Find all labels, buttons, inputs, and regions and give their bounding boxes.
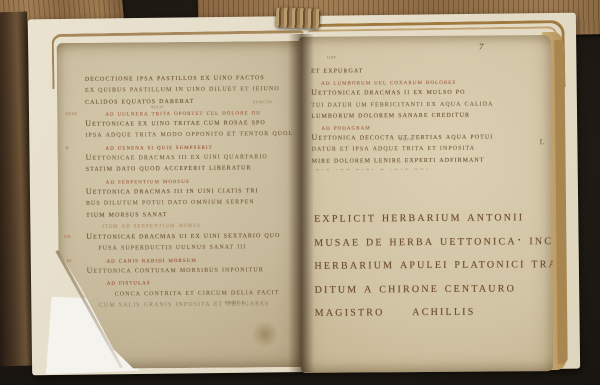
line-text: tium morsus sanat xyxy=(86,209,167,219)
text-line: lumborum dolorem sanare creditur xyxy=(311,108,551,121)
margin-numeral: x xyxy=(65,144,68,153)
line-text: ex quibus pastillum in uino diluet et ie… xyxy=(85,83,280,94)
interlinear-gloss: aqua xyxy=(400,136,414,142)
line-text: calidos equatos dabebat xyxy=(85,95,194,105)
explicit-line: explicit herbarium antonii xyxy=(314,205,553,230)
line-text: mire dolorem lenire experti adfirmant xyxy=(312,154,485,164)
line-text: uettonicae dracmas ii ex mulso po xyxy=(311,87,465,97)
interlinear-gloss: gat xyxy=(327,55,336,61)
line-text: tui datur um febricitanti ex aqua calida xyxy=(311,98,493,108)
right-page-text: et expurgatad lumborum uel coxarum dolor… xyxy=(299,63,552,177)
line-text: ad fistulas xyxy=(107,278,151,287)
explicit-line: herbarium apulei platonici tra xyxy=(314,252,553,277)
line-text: uettonicae ex uino tritae cum rosae spo xyxy=(85,117,266,128)
interlinear-gloss: suco xyxy=(151,104,164,110)
text-line: et expurgat xyxy=(311,63,551,76)
marginal-gloss: fistula xyxy=(225,299,245,305)
explicit-line: ditum a chirone centauro xyxy=(315,276,554,301)
line-text: uettonicae dracmas ui ex uini sextario q… xyxy=(86,230,280,241)
line-text: ipsa adque trita modo opponito et tentor… xyxy=(85,129,293,140)
line-text: uettonica contusam morsibus inponitur xyxy=(87,264,264,275)
explicit-line: magistro achillis xyxy=(315,299,553,324)
parchment-stain xyxy=(251,321,279,347)
text-line: uettonica contusam morsibus inponitur xyxy=(87,263,305,276)
margin-numeral: xuiii xyxy=(65,110,77,119)
line-text: ad serpentium morsus xyxy=(106,176,190,186)
text-line: ~·~ ·~~ ~·~· ~ ·~·~ ~~· xyxy=(316,164,552,177)
line-text: ad podagram xyxy=(321,122,370,131)
text-line: statim dato quod acceperit liberatur xyxy=(86,161,304,174)
right-page: 7 et expurgatad lumborum uel coxarum dol… xyxy=(299,35,553,373)
line-text: uettonicae dracmas iii ex uini quartario xyxy=(86,151,268,162)
folio-number: 7 xyxy=(479,42,484,52)
line-text: decoctione ipsa pastillos ex uino factos xyxy=(85,72,265,83)
line-text: uettonica dracmas iii in uini ciatis tri xyxy=(86,185,259,196)
margin-numeral: iii xyxy=(66,257,71,266)
text-line: cum salis granis inposita et obligares xyxy=(99,297,305,310)
explicit-incipit-block: explicit herbarium antoniimusae de herba… xyxy=(314,205,553,324)
line-text: statim dato quod acceperit liberatur xyxy=(86,163,252,173)
line-text: datur et ipsa adque trita et inposita xyxy=(312,143,476,153)
explicit-line: musae de herba uettonica· inc xyxy=(314,229,553,254)
line-text: bus dilutum potui dato omnium serpen xyxy=(86,197,255,207)
line-text: item ad serpentium morsu xyxy=(102,220,202,230)
line-text: conca contrita et circum delia facit xyxy=(115,287,280,297)
line-text: ~·~ ·~~ ~·~· ~ ·~·~ ~~· xyxy=(316,167,431,174)
spine-headband xyxy=(276,7,321,29)
margin-mark: I. xyxy=(540,137,546,146)
marginal-gloss: functo xyxy=(253,99,272,105)
line-text: fusa superductis uulnus sanat iii xyxy=(98,242,246,252)
margin-numeral: uii xyxy=(64,232,71,243)
line-text: lumborum dolorem sanare creditur xyxy=(311,109,470,119)
text-line: ipsa adque trita modo opponito et tentor… xyxy=(85,127,303,140)
line-text: et expurgat xyxy=(311,65,363,74)
gutter-shadow xyxy=(288,34,314,372)
line-text: ad canis rabidi morsum xyxy=(106,255,196,265)
manuscript-photo: decoctione ipsa pastillos ex uino factos… xyxy=(0,0,600,385)
left-page-text: decoctione ipsa pastillos ex uino factos… xyxy=(57,71,305,310)
text-line: fusa superductis uulnus sanat iii xyxy=(98,240,304,253)
